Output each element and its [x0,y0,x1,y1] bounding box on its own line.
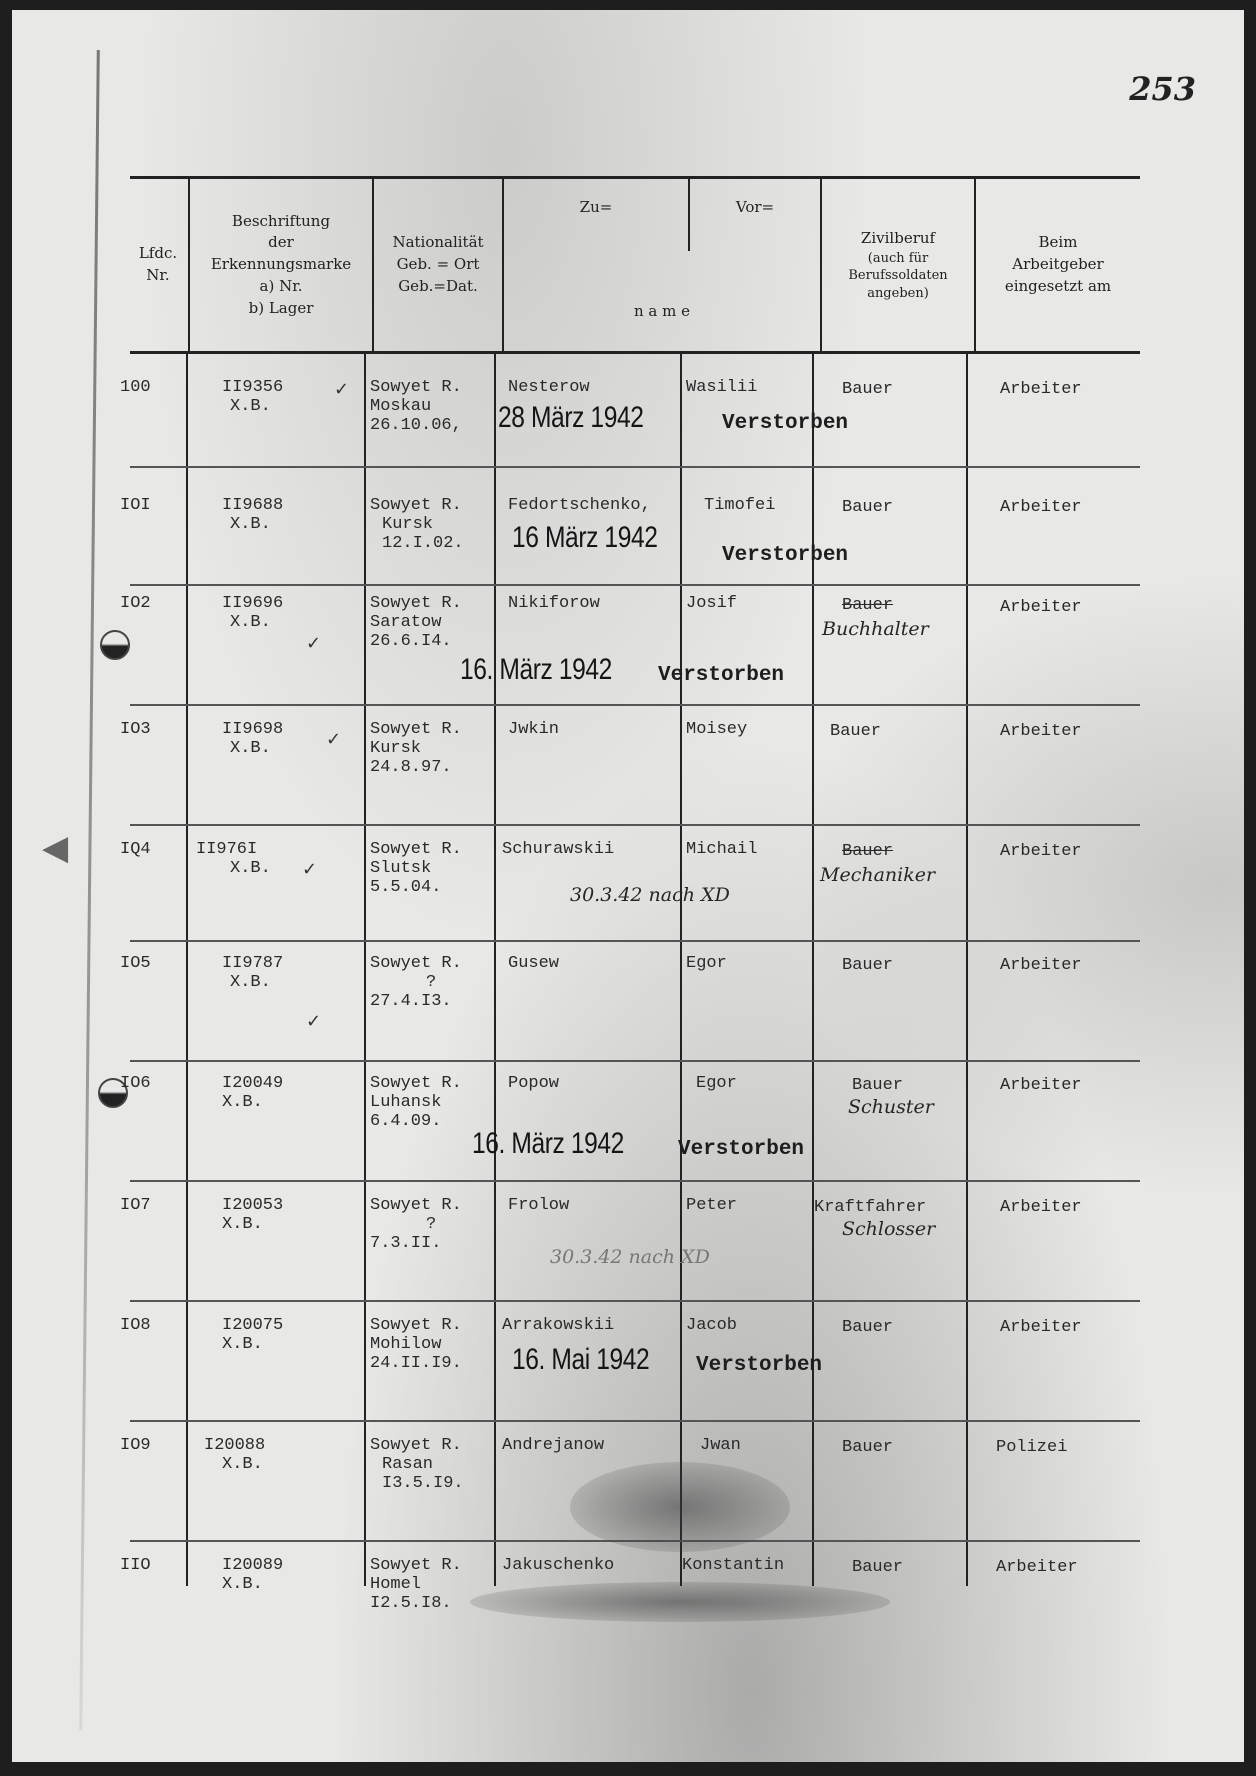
date-stamp: 16. März 1942 [472,1134,624,1153]
marke-nr: I20089 [222,1556,283,1575]
geburtsort: Rasan [382,1455,433,1474]
marke-lager: X.B. [230,613,271,632]
checkmark-icon: ✓ [326,730,341,749]
zivilberuf-handwritten: Schlosser [842,1220,935,1239]
marke-nr: II9698 [222,720,283,739]
geburtsdatum: 27.4.I3. [370,992,452,1011]
marke-lager: X.B. [222,1455,263,1474]
zuname: Gusew [508,954,559,973]
vorname: Jwan [700,1436,741,1455]
marke-nr: II9688 [222,496,283,515]
nationalitaet: Sowyet R. [370,1556,462,1575]
geburtsdatum: 24.II.I9. [370,1354,462,1373]
geburtsdatum: I2.5.I8. [370,1594,452,1613]
zivilberuf: Bauer [842,956,893,975]
einsatz: Arbeiter [1000,956,1082,975]
vorname: Timofei [704,496,775,515]
einsatz: Arbeiter [1000,842,1082,861]
zivilberuf-struck: Bauer [842,842,893,861]
einsatz: Arbeiter [1000,1318,1082,1337]
nationalitaet: Sowyet R. [370,954,462,973]
zuname: Arrakowskii [502,1316,614,1335]
marke-lager: X.B. [230,397,271,416]
zivilberuf: Bauer [842,498,893,517]
row-nr: IO2 [120,594,151,613]
zivilberuf: Bauer [842,1438,893,1457]
geburtsort: Kursk [382,515,433,534]
transfer-note: 30.3.42 nach XD [550,1248,710,1267]
geburtsort: Saratow [370,613,441,632]
ink-smudge [470,1582,890,1622]
verstorben-stamp: Verstorben [678,1140,804,1159]
geburtsdatum: 6.4.09. [370,1112,441,1131]
nationalitaet: Sowyet R. [370,496,462,515]
geburtsort: Kursk [370,739,421,758]
zivilberuf: Bauer [830,722,881,741]
zuname: Jakuschenko [502,1556,614,1575]
marke-lager: X.B. [230,739,271,758]
transfer-note: 30.3.42 nach XD [570,886,730,905]
header-name: n a m e [504,179,820,351]
nationalitaet: Sowyet R. [370,378,462,397]
table-row: IO6 I20049 X.B. Sowyet R. Luhansk 6.4.09… [130,1062,1140,1182]
zuname: Fedortschenko, [508,496,651,515]
vorname: Konstantin [682,1556,784,1575]
marke-lager: X.B. [230,515,271,534]
table-header: Lfdc. Nr. Beschriftung der Erkennungsmar… [130,176,1140,354]
einsatz: Arbeiter [1000,498,1082,517]
row-nr: IO3 [120,720,151,739]
row-nr: IO5 [120,954,151,973]
table-row: IO9 I20088 X.B. Sowyet R. Rasan I3.5.I9.… [130,1422,1140,1542]
page-number: 253 [1129,70,1196,108]
verstorben-stamp: Verstorben [658,666,784,685]
verstorben-stamp: Verstorben [696,1356,822,1375]
geburtsort: ? [426,1215,436,1234]
einsatz: Arbeiter [1000,598,1082,617]
marke-lager: X.B. [222,1093,263,1112]
geburtsort: Moskau [370,397,431,416]
geburtsdatum: 12.I.02. [382,534,464,553]
einsatz: Arbeiter [1000,1198,1082,1217]
table-row: IQ4 II976I X.B. ✓ Sowyet R. Slutsk 5.5.0… [130,826,1140,942]
zuname: Andrejanow [502,1436,604,1455]
marke-lager: X.B. [222,1575,263,1594]
marke-nr: I20075 [222,1316,283,1335]
header-nationalitaet: Nationalität Geb. = Ort Geb.=Dat. [374,179,502,351]
marke-lager: X.B. [230,859,271,878]
table-row: IO3 II9698 X.B. ✓ Sowyet R. Kursk 24.8.9… [130,706,1140,826]
marke-nr: I20088 [204,1436,265,1455]
ink-smudge [570,1462,790,1552]
table-row: IO7 I20053 X.B. Sowyet R. ? 7.3.II. Frol… [130,1182,1140,1302]
margin-line [79,50,100,1730]
zuname: Popow [508,1074,559,1093]
vorname: Moisey [686,720,747,739]
checkmark-icon: ✓ [306,1012,321,1031]
row-nr: IO9 [120,1436,151,1455]
nationalitaet: Sowyet R. [370,594,462,613]
verstorben-stamp: Verstorben [722,546,848,565]
marke-nr: II976I [196,840,257,859]
date-stamp: 16. Mai 1942 [512,1350,649,1369]
zuname: Nikiforow [508,594,600,613]
zuname: Nesterow [508,378,590,397]
einsatz: Arbeiter [1000,380,1082,399]
zivilberuf: Bauer [842,380,893,399]
einsatz: Arbeiter [1000,722,1082,741]
vorname: Michail [686,840,757,859]
vorname: Jacob [686,1316,737,1335]
marke-nr: II9787 [222,954,283,973]
zivilberuf-handwritten: Buchhalter [822,620,929,639]
zivilberuf: Bauer [852,1558,903,1577]
geburtsdatum: 26.10.06, [370,416,462,435]
row-nr: IQ4 [120,840,151,859]
header-lfd-nr: Lfdc. Nr. [130,179,186,351]
table-row: IO2 II9696 X.B. ✓ Sowyet R. Saratow 26.6… [130,586,1140,706]
zivilberuf: Kraftfahrer [814,1198,926,1217]
header-zivilberuf: Zivilberuf (auch für Berufssoldaten ange… [822,179,974,351]
table-row: IIO I20089 X.B. Sowyet R. Homel I2.5.I8.… [130,1542,1140,1602]
marke-nr: II9696 [222,594,283,613]
geburtsort: Mohilow [370,1335,441,1354]
zivilberuf: Bauer [842,1318,893,1337]
vorname: Peter [686,1196,737,1215]
row-nr: IO6 [120,1074,151,1093]
geburtsdatum: 5.5.04. [370,878,441,897]
prisoner-register-table: Lfdc. Nr. Beschriftung der Erkennungsmar… [130,176,1140,1602]
zivilberuf-struck: Bauer [842,596,893,615]
marke-nr: I20053 [222,1196,283,1215]
vorname: Egor [686,954,727,973]
zuname: Schurawskii [502,840,614,859]
header-arbeitgeber: Beim Arbeitgeber eingesetzt am [976,179,1140,351]
zivilberuf-handwritten: Mechaniker [820,866,935,885]
marke-nr: I20049 [222,1074,283,1093]
geburtsort: Luhansk [370,1093,441,1112]
table-row: 100 II9356 X.B. ✓ Sowyet R. Moskau 26.10… [130,354,1140,468]
checkmark-icon: ✓ [334,380,349,399]
arrow-mark-icon: ◀ [42,828,68,868]
nationalitaet: Sowyet R. [370,1436,462,1455]
row-nr: IO8 [120,1316,151,1335]
table-body: 100 II9356 X.B. ✓ Sowyet R. Moskau 26.10… [130,354,1140,1602]
zuname: Jwkin [508,720,559,739]
geburtsdatum: 26.6.I4. [370,632,452,651]
header-erkennungsmarke: Beschriftung der Erkennungsmarke a) Nr. … [190,179,372,351]
geburtsdatum: I3.5.I9. [382,1474,464,1493]
einsatz: Polizei [996,1438,1067,1457]
zivilberuf-handwritten: Schuster [848,1098,934,1117]
row-nr: IO7 [120,1196,151,1215]
zivilberuf: Bauer [852,1076,903,1095]
geburtsdatum: 24.8.97. [370,758,452,777]
einsatz: Arbeiter [1000,1076,1082,1095]
geburtsort: Slutsk [370,859,431,878]
vorname: Josif [686,594,737,613]
row-nr: IOI [120,496,151,515]
geburtsort: ? [426,973,436,992]
checkmark-icon: ✓ [306,634,321,653]
zuname: Frolow [508,1196,569,1215]
table-row: IO8 I20075 X.B. Sowyet R. Mohilow 24.II.… [130,1302,1140,1422]
verstorben-stamp: Verstorben [722,414,848,433]
vorname: Wasilii [686,378,757,397]
nationalitaet: Sowyet R. [370,1074,462,1093]
punch-hole-icon [100,630,130,660]
vorname: Egor [696,1074,737,1093]
checkmark-icon: ✓ [302,860,317,879]
marke-lager: X.B. [230,973,271,992]
marke-nr: II9356 [222,378,283,397]
row-nr: 100 [120,378,151,397]
document-page: 253 ◀ Lfdc. Nr. Beschriftung der Erkennu… [12,10,1244,1762]
marke-lager: X.B. [222,1215,263,1234]
marke-lager: X.B. [222,1335,263,1354]
nationalitaet: Sowyet R. [370,720,462,739]
nationalitaet: Sowyet R. [370,1316,462,1335]
nationalitaet: Sowyet R. [370,840,462,859]
geburtsort: Homel [370,1575,421,1594]
date-stamp: 16. März 1942 [460,660,612,679]
row-nr: IIO [120,1556,151,1575]
nationalitaet: Sowyet R. [370,1196,462,1215]
table-row: IO5 II9787 X.B. ✓ Sowyet R. ? 27.4.I3. G… [130,942,1140,1062]
date-stamp: 16 März 1942 [512,528,658,547]
einsatz: Arbeiter [996,1558,1078,1577]
table-row: IOI II9688 X.B. Sowyet R. Kursk 12.I.02.… [130,468,1140,586]
date-stamp: 28 März 1942 [498,408,644,427]
geburtsdatum: 7.3.II. [370,1234,441,1253]
